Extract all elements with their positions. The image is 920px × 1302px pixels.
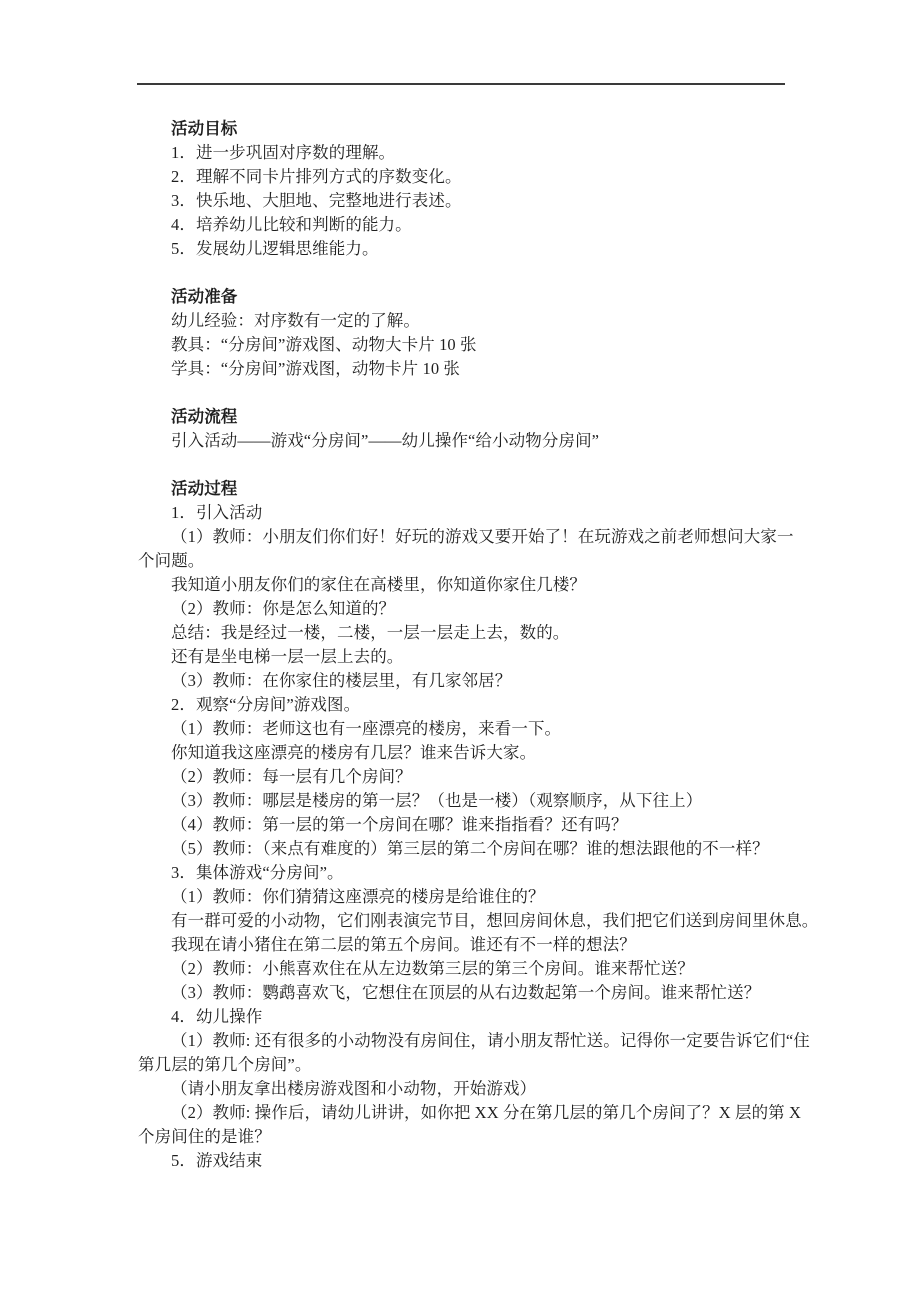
goal-item-3: 3．快乐地、大胆地、完整地进行表述。 (138, 189, 838, 213)
blank-line (138, 261, 838, 285)
process-line: 有一群可爱的小动物，它们刚表演完节目，想回房间休息，我们把它们送到房间里休息。 (138, 909, 838, 933)
process-line: （1）教师：你们猜猜这座漂亮的楼房是给谁住的？ (138, 885, 838, 909)
process-line: （3）教师：哪层是楼房的第一层？（也是一楼）（观察顺序，从下往上） (138, 789, 838, 813)
preparation-teaching-aids: 教具：“分房间”游戏图、动物大卡片 10 张 (138, 333, 838, 357)
process-line: （1）教师: 还有很多的小动物没有房间住，请小朋友帮忙送。记得你一定要告诉它们“… (138, 1029, 838, 1053)
process-line: 你知道我这座漂亮的楼房有几层？谁来告诉大家。 (138, 741, 838, 765)
blank-line (138, 453, 838, 477)
header-rule (137, 83, 785, 85)
process-line: 我现在请小猪住在第二层的第五个房间。谁还有不一样的想法？ (138, 933, 838, 957)
process-line: 我知道小朋友你们的家住在高楼里，你知道你家住几楼？ (138, 573, 838, 597)
process-line: （请小朋友拿出楼房游戏图和小动物，开始游戏） (138, 1077, 838, 1101)
process-step-4: 4．幼儿操作 (138, 1005, 838, 1029)
process-line: 还有是坐电梯一层一层上去的。 (138, 645, 838, 669)
goal-item-2: 2．理解不同卡片排列方式的序数变化。 (138, 165, 838, 189)
process-step-2: 2．观察“分房间”游戏图。 (138, 693, 838, 717)
process-line: 个房间住的是谁？ (138, 1125, 838, 1149)
document-content: 活动目标1．进一步巩固对序数的理解。2．理解不同卡片排列方式的序数变化。3．快乐… (138, 117, 838, 1173)
process-line: （3）教师：在你家住的楼层里，有几家邻居？ (138, 669, 838, 693)
process-step-5: 5．游戏结束 (138, 1149, 838, 1173)
process-line: （1）教师：小朋友们你们好！好玩的游戏又要开始了！在玩游戏之前老师想问大家一 (138, 525, 838, 549)
process-line: （2）教师：小熊喜欢住在从左边数第三层的第三个房间。谁来帮忙送？ (138, 957, 838, 981)
document-page: 活动目标1．进一步巩固对序数的理解。2．理解不同卡片排列方式的序数变化。3．快乐… (0, 0, 920, 1302)
goal-item-4: 4．培养幼儿比较和判断的能力。 (138, 213, 838, 237)
process-line: （4）教师：第一层的第一个房间在哪？谁来指指看？还有吗？ (138, 813, 838, 837)
section-heading-preparation: 活动准备 (138, 285, 838, 309)
goal-item-1: 1．进一步巩固对序数的理解。 (138, 141, 838, 165)
process-line: 总结：我是经过一楼，二楼，一层一层走上去，数的。 (138, 621, 838, 645)
process-line: （5）教师：（来点有难度的）第三层的第二个房间在哪？谁的想法跟他的不一样？ (138, 837, 838, 861)
process-line: 第几层的第几个房间”。 (138, 1053, 838, 1077)
process-step-1: 1．引入活动 (138, 501, 838, 525)
section-heading-flow: 活动流程 (138, 405, 838, 429)
process-line: （1）教师：老师这也有一座漂亮的楼房，来看一下。 (138, 717, 838, 741)
flow-summary: 引入活动——游戏“分房间”——幼儿操作“给小动物分房间” (138, 429, 838, 453)
process-line: （3）教师：鹦鹉喜欢飞，它想住在顶层的从右边数起第一个房间。谁来帮忙送？ (138, 981, 838, 1005)
process-step-3: 3．集体游戏“分房间”。 (138, 861, 838, 885)
goal-item-5: 5．发展幼儿逻辑思维能力。 (138, 237, 838, 261)
section-heading-process: 活动过程 (138, 477, 838, 501)
process-line: （2）教师：每一层有几个房间？ (138, 765, 838, 789)
process-line: 个问题。 (138, 549, 838, 573)
process-line: （2）教师：你是怎么知道的？ (138, 597, 838, 621)
preparation-experience: 幼儿经验：对序数有一定的了解。 (138, 309, 838, 333)
preparation-learning-aids: 学具：“分房间”游戏图，动物卡片 10 张 (138, 357, 838, 381)
process-line: （2）教师: 操作后，请幼儿讲讲，如你把 XX 分在第几层的第几个房间了？X 层… (138, 1101, 838, 1125)
section-heading-goals: 活动目标 (138, 117, 838, 141)
blank-line (138, 381, 838, 405)
